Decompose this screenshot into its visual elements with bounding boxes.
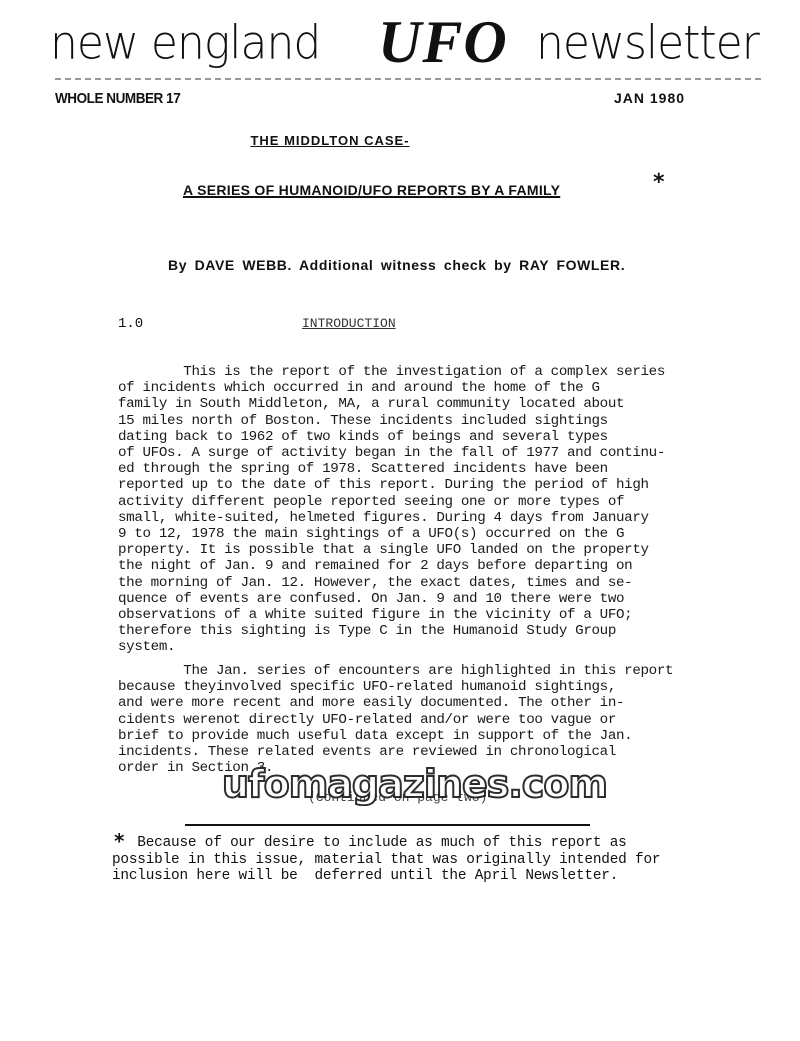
footnote: Because of our desire to include as much… <box>112 835 660 885</box>
masthead-newsletter: newsletter <box>536 17 759 71</box>
masthead-ufo: UFO <box>378 8 508 77</box>
article-title-line-1: THE MIDDLTON CASE- <box>0 133 660 148</box>
section-number: 1.0 <box>118 316 143 332</box>
paragraph-jan-series: The Jan. series of encounters are highli… <box>118 663 673 776</box>
footnote-divider <box>185 824 590 826</box>
section-title: INTRODUCTION <box>302 316 396 331</box>
masthead: new england UFO newsletter <box>50 14 770 74</box>
issue-number: WHOLE NUMBER 17 <box>55 90 180 107</box>
masthead-rule <box>55 78 761 80</box>
article-title-line-2: A SERIES OF HUMANOID/UFO REPORTS BY A FA… <box>183 182 560 198</box>
masthead-new-england: new england <box>50 17 320 71</box>
issue-date: JAN 1980 <box>614 90 685 106</box>
byline: By DAVE WEBB. Additional witness check b… <box>168 257 625 273</box>
article-title-text: THE MIDDLTON CASE- <box>250 133 409 148</box>
watermark: ufomagazines.com <box>222 762 607 806</box>
asterisk-icon: * <box>653 170 665 195</box>
paragraph-introduction: This is the report of the investigation … <box>118 364 665 656</box>
